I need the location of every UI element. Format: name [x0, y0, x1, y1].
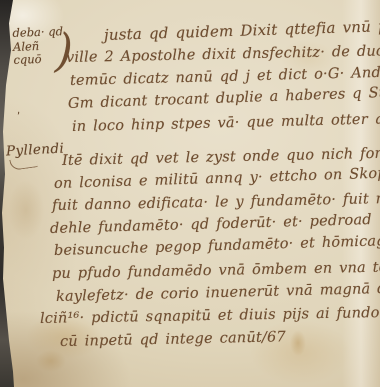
- paragraph-2: Itē dixit qd vet le zyst onde quo nich f…: [50, 150, 380, 353]
- paper-stain: [8, 180, 44, 240]
- flourish-mark: [9, 156, 37, 171]
- paragraph-1: justa qd quidem Dixit qttefia vnū phmgan…: [64, 24, 380, 139]
- manuscript-page: deba· qd Aleñ cquō ) justa qd quidem Dix…: [0, 0, 380, 387]
- ink-speck: ʼ: [16, 110, 22, 123]
